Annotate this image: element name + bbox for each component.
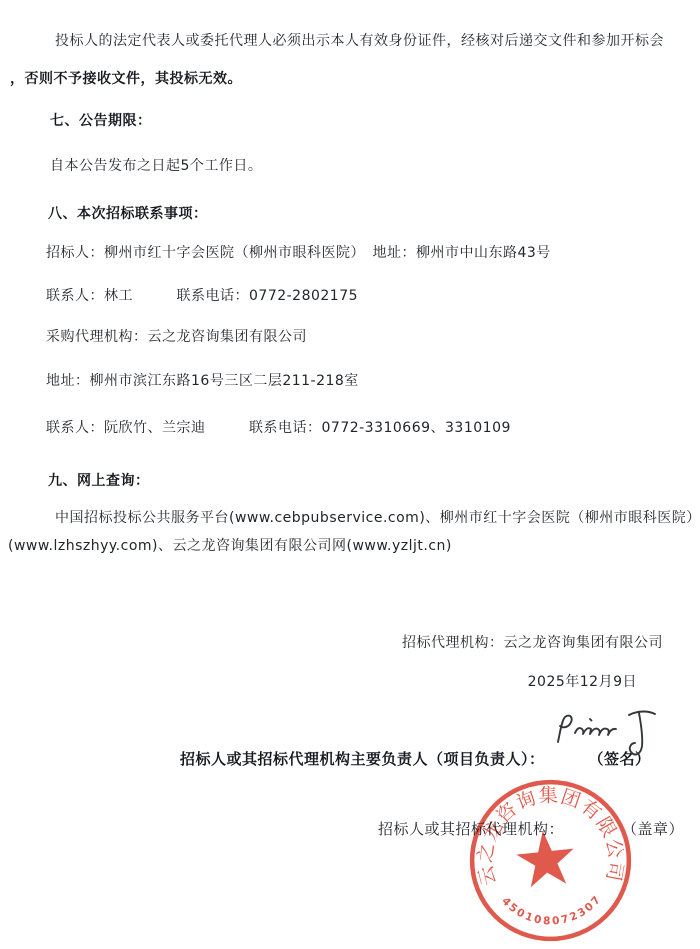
websites-line-1: 中国招标投标公共服务平台(www.cebpubservice.com)、柳州市红… xyxy=(55,509,700,528)
intro-line-2: ，否则不予接收文件，其投标无效。 xyxy=(10,70,242,89)
procurement-agency-line: 采购代理机构：云之龙咨询集团有限公司 xyxy=(46,328,307,347)
section-seven-body: 自本公告发布之日起5个工作日。 xyxy=(50,157,262,176)
section-nine-heading: 九、网上查询： xyxy=(48,472,150,491)
handwritten-signature xyxy=(551,706,666,758)
websites-line-2: (www.lzhszhyy.com)、云之龙咨询集团有限公司网(www.yzlj… xyxy=(8,537,452,556)
tenderee-line: 招标人：柳州市红十字会医院（柳州市眼科医院） 地址：柳州市中山东路43号 xyxy=(46,244,551,263)
intro-line-1: 投标人的法定代表人或委托代理人必须出示本人有效身份证件，经核对后递交文件和参加开… xyxy=(55,32,664,51)
signature-label: 招标人或其招标代理机构主要负责人（项目负责人）： xyxy=(180,750,545,768)
document-page: 投标人的法定代表人或委托代理人必须出示本人有效身份证件，经核对后递交文件和参加开… xyxy=(0,0,700,949)
contact1-line: 联系人：林工 联系电话：0772-2802175 xyxy=(46,287,358,306)
contact2-line: 联系人：阮欣竹、兰宗迪 联系电话：0772-3310669、3310109 xyxy=(46,419,511,438)
seal-star xyxy=(514,828,577,889)
section-eight-heading: 八、本次招标联系事项： xyxy=(48,205,208,224)
agency-address-line: 地址：柳州市滨江东路16号三区二层211-218室 xyxy=(46,372,359,391)
footer-date-line: 2025年12月9日 xyxy=(528,673,637,692)
section-seven-heading: 七、公告期限： xyxy=(50,112,152,131)
footer-agency-line: 招标代理机构：云之龙咨询集团有限公司 xyxy=(402,634,663,653)
company-seal-stamp: 云之龙咨询集团有限公司 4501080723070 xyxy=(462,772,639,949)
